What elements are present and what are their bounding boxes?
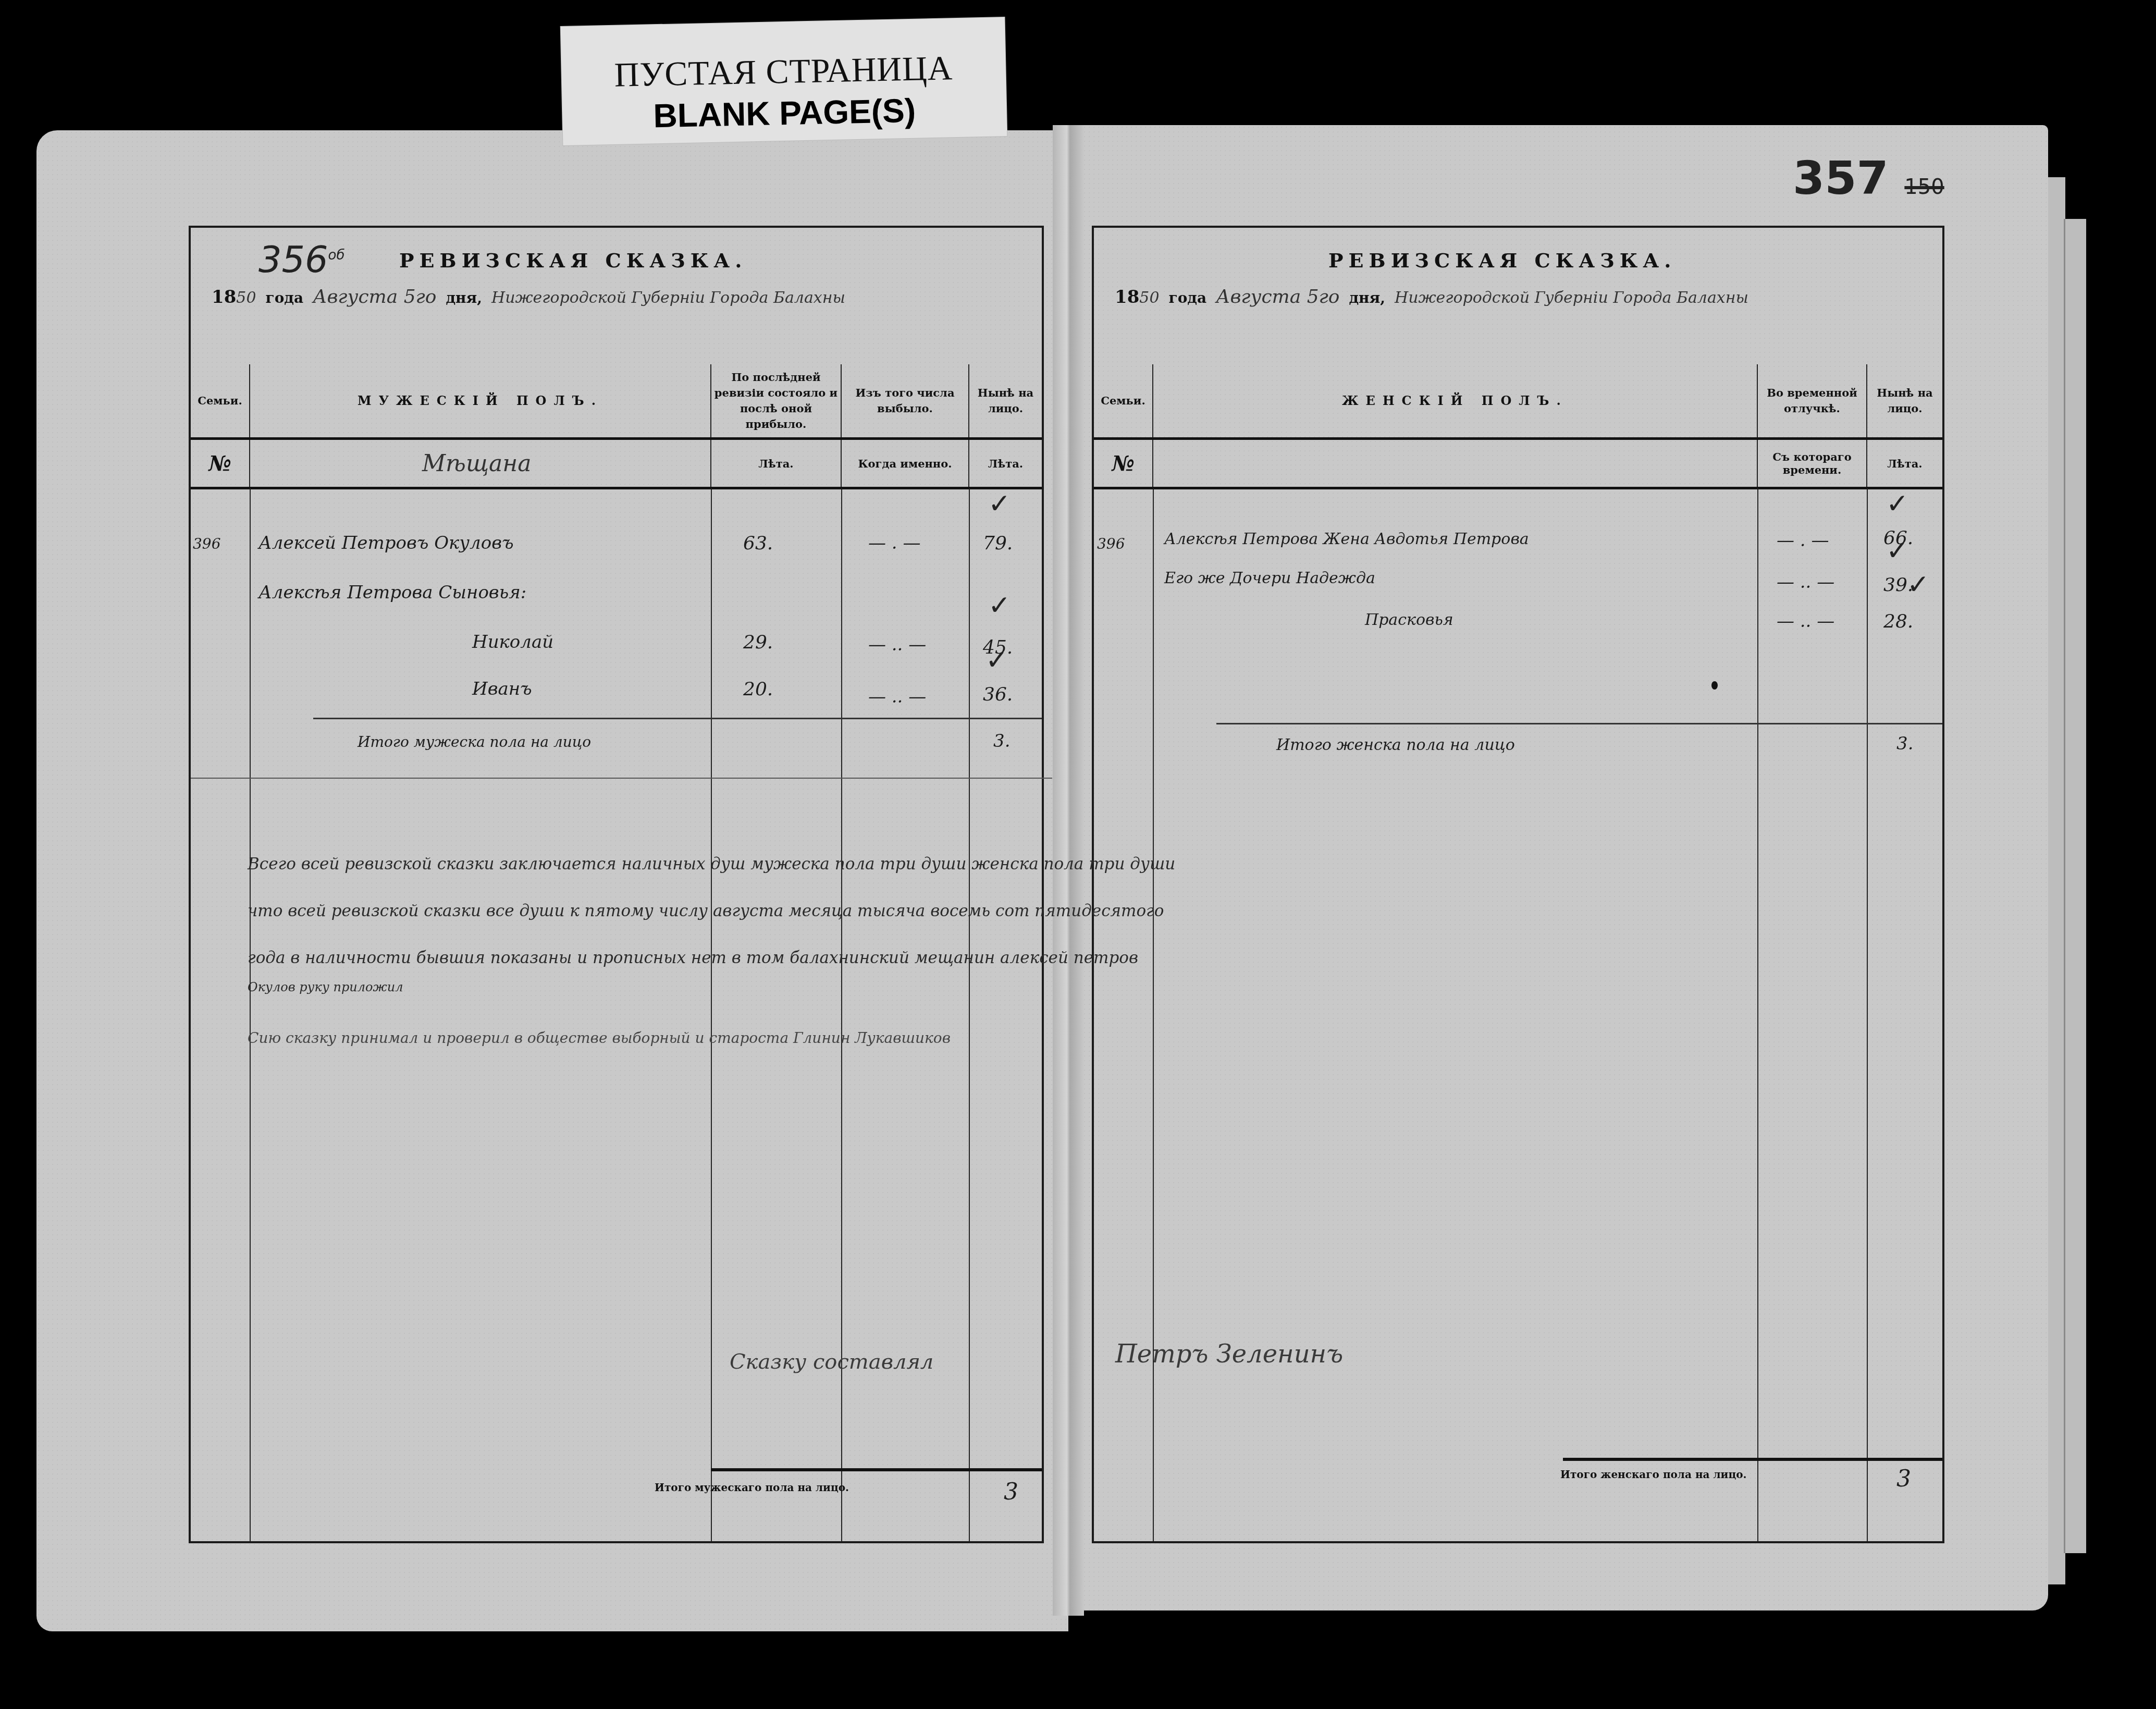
entry-last-age: 63. <box>743 533 773 554</box>
right-column-headers: Семьи. ЖЕНСКІЙ ПОЛЪ. Во временной отлучк… <box>1094 364 1942 489</box>
number-sign: № <box>1094 439 1153 488</box>
footer-total-value: 3 <box>1896 1466 1911 1492</box>
closing-line-2: что всей ревизской сказки все души к пят… <box>248 902 1164 920</box>
left-folio-number: 356об <box>258 238 345 281</box>
subtotal-label: Итого женска пола на лицо <box>1276 736 1515 754</box>
estate-handwritten: Мѣщана <box>250 439 711 488</box>
entry-family-number: 396 <box>1097 535 1125 552</box>
section-rule <box>191 778 1052 779</box>
subcol-age-present: Лѣта. <box>1867 439 1942 488</box>
footer-total-value: 3 <box>1004 1479 1018 1505</box>
entry-absence: — .. — <box>1777 611 1834 632</box>
year-prefix: 18 <box>1115 287 1139 308</box>
folio-suffix: об <box>328 248 345 263</box>
folio-value: 357 <box>1793 151 1889 205</box>
entry-family-number: 396 <box>193 535 220 552</box>
right-entries-area: 396 Алексѣя Петрова Жена Авдотья Петрова… <box>1094 488 1942 1541</box>
right-form-header: РЕВИЗСКАЯ СКАЗКА. 1850 года Августа 5го … <box>1094 228 1942 364</box>
place: Нижегородской Губерніи Города Балахны <box>491 289 845 307</box>
footer-total-label: Итого женскаго пола на лицо. <box>1560 1468 1746 1481</box>
date-line: 1850 года Августа 5го дня, Нижегородской… <box>212 286 1037 308</box>
col-family: Семьи. <box>1094 364 1153 439</box>
year-label: года <box>266 289 304 306</box>
check-mark-icon: ✓ <box>988 488 1011 520</box>
blank-page-label-card: ПУСТАЯ СТРАНИЦА BLANK PAGE(S) <box>561 17 1007 145</box>
number-sign: № <box>191 439 250 488</box>
day-label: дня, <box>446 289 482 306</box>
column-divider <box>841 488 842 1541</box>
right-folio-number: 357 150 <box>1793 151 1944 205</box>
subcol-since-when: Съ котораго времени. <box>1757 439 1867 488</box>
col-departed: Изъ того числа выбыло. <box>841 364 969 439</box>
signature-name: Петръ Зеленинъ <box>1115 1339 1343 1369</box>
subcol-name-empty <box>1153 439 1757 488</box>
entry-name: Прасковья <box>1365 611 1453 629</box>
subtotal-value: 3. <box>1896 733 1913 754</box>
col-present: Нынѣ на лицо. <box>1867 364 1942 439</box>
footer-rule <box>1563 1458 1942 1461</box>
column-divider <box>250 488 251 1541</box>
closing-line-3: года в наличности бывшия показаны и проп… <box>248 949 1138 967</box>
col-name: ЖЕНСКІЙ ПОЛЪ. <box>1153 364 1757 439</box>
subtotal-rule <box>313 718 1042 719</box>
left-form-header: 356об РЕВИЗСКАЯ СКАЗКА. 1850 года Август… <box>191 228 1042 364</box>
closing-line-4: Окулов руку приложил <box>248 980 403 994</box>
page-stack-edge <box>2064 219 2086 1553</box>
ink-dot <box>1711 681 1718 690</box>
month-day: Августа 5го <box>1216 286 1339 308</box>
left-entries-area: 396 Алексей Петровъ Окуловъ 63. — . — ✓ … <box>191 488 1042 1541</box>
certification-line: Сию сказку принимал и проверил в обществ… <box>248 1029 951 1047</box>
entry-name: Его же Дочери Надежда <box>1164 569 1375 587</box>
entry-last-age: 29. <box>743 632 773 653</box>
year-label: года <box>1169 289 1207 306</box>
column-divider <box>1867 488 1868 1541</box>
col-name: МУЖЕСКІЙ ПОЛЪ. <box>250 364 711 439</box>
entry-name: Иванъ <box>472 679 532 699</box>
subtotal-value: 3. <box>993 731 1010 752</box>
label-russian: ПУСТАЯ СТРАНИЦА <box>561 47 1006 96</box>
entry-name: Николай <box>472 632 553 653</box>
check-mark-icon: ✓ <box>1886 535 1909 567</box>
column-divider <box>1757 488 1758 1541</box>
check-mark-icon: ✓ <box>985 645 1008 676</box>
closing-line-1: Всего всей ревизской сказки заключается … <box>248 855 1175 874</box>
subcol-age: Лѣта. <box>711 439 841 488</box>
entry-departed: — .. — <box>868 686 926 707</box>
subtotal-label: Итого мужеска пола на лицо <box>358 733 591 751</box>
day-label: дня, <box>1349 289 1385 306</box>
year-handwritten: 50 <box>1139 289 1159 307</box>
place: Нижегородской Губерніи Города Балахны <box>1395 289 1748 307</box>
col-last-revision: По послѣдней ревизіи состояло и послѣ он… <box>711 364 841 439</box>
footer-total-label: Итого мужескаго пола на лицо. <box>655 1481 849 1494</box>
column-divider <box>969 488 970 1541</box>
col-present: Нынѣ на лицо. <box>969 364 1042 439</box>
form-title: РЕВИЗСКАЯ СКАЗКА. <box>399 249 747 272</box>
entry-name: Алексѣя Петрова Сыновья: <box>258 582 526 603</box>
year-handwritten: 50 <box>236 289 256 307</box>
entry-absence: — . — <box>1777 530 1829 551</box>
folio-value: 356 <box>258 238 328 281</box>
entry-departed: — . — <box>868 533 920 554</box>
entry-present-age: 36. <box>983 684 1013 705</box>
left-revision-form: 356об РЕВИЗСКАЯ СКАЗКА. 1850 года Август… <box>189 226 1044 1543</box>
left-column-headers: Семьи. МУЖЕСКІЙ ПОЛЪ. По послѣдней ревиз… <box>191 364 1042 489</box>
entry-last-age: 20. <box>743 679 773 700</box>
subcol-age-present: Лѣта. <box>969 439 1042 488</box>
check-mark-icon: ✓ <box>1886 488 1909 520</box>
col-family: Семьи. <box>191 364 250 439</box>
entry-absence: — .. — <box>1777 572 1834 593</box>
month-day: Августа 5го <box>313 286 436 308</box>
date-line: 1850 года Августа 5го дня, Нижегородской… <box>1115 286 1937 308</box>
check-mark-icon: ✓ <box>988 590 1011 621</box>
column-divider <box>1153 488 1154 1541</box>
column-divider <box>711 488 712 1541</box>
subtotal-rule <box>1216 723 1942 724</box>
check-mark-icon: ✓ <box>1907 569 1930 600</box>
entry-present-age: 79. <box>983 533 1013 554</box>
year-prefix: 18 <box>212 287 236 308</box>
signature-compiler-label: Сказку составлял <box>730 1350 933 1374</box>
entry-name: Алексей Петровъ Окуловъ <box>258 533 514 554</box>
subcol-when: Когда именно. <box>841 439 969 488</box>
label-english: BLANK PAGE(S) <box>562 89 1007 137</box>
col-temporary-absence: Во временной отлучкѣ. <box>1757 364 1867 439</box>
entry-departed: — .. — <box>868 634 926 655</box>
folio-struck: 150 <box>1904 175 1944 199</box>
entry-present-age: 28. <box>1883 611 1913 632</box>
form-title: РЕВИЗСКАЯ СКАЗКА. <box>1328 249 1676 272</box>
entry-name: Алексѣя Петрова Жена Авдотья Петрова <box>1164 530 1529 548</box>
footer-rule <box>711 1468 1042 1471</box>
